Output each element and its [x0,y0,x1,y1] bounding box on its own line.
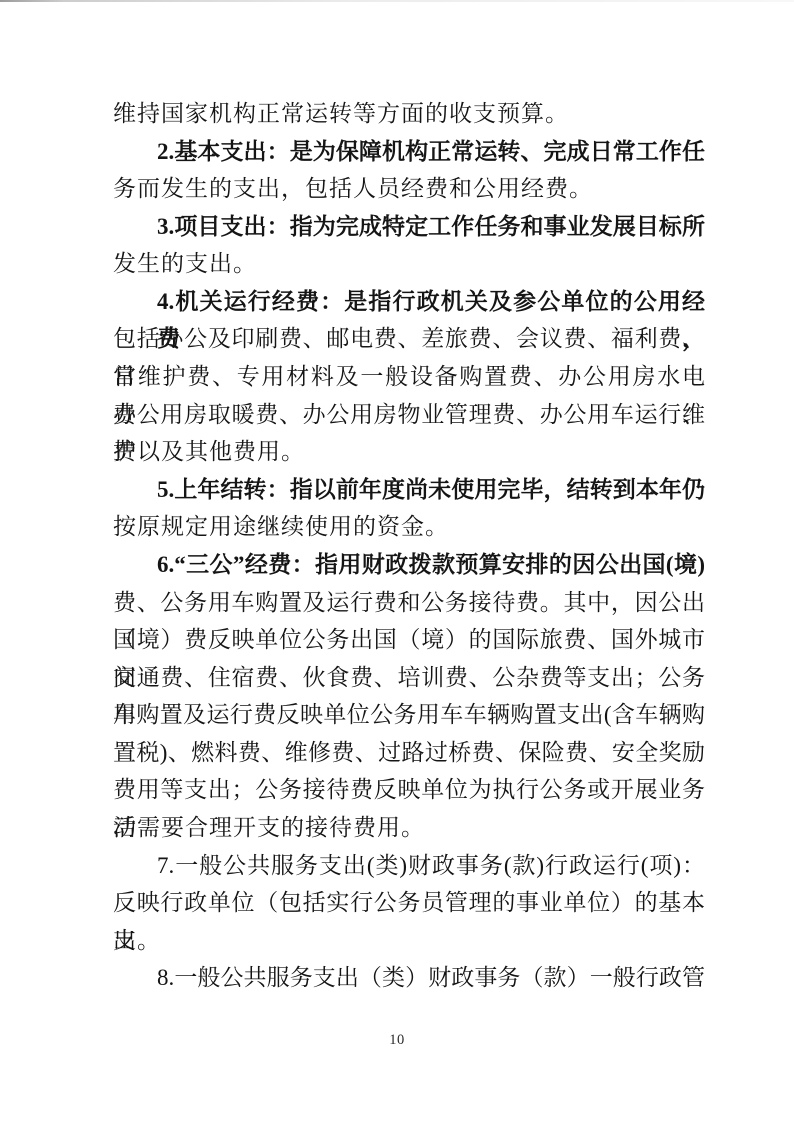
text-line: 费以及其他费用。 [113,433,705,471]
page-footer: 10 [0,1031,794,1049]
text-line: 务而发生的支出，包括人员经费和公用经费。 [113,170,705,208]
page-number: 10 [389,1032,405,1048]
text-line: 出。 [113,922,705,960]
text-line: （境）费反映单位公务出国（境）的国际旅费、国外城市间 [113,621,705,659]
text-line: 反映行政单位（包括实行公务员管理的事业单位）的基本支 [113,884,705,922]
text-line: 车购置及运行费反映单位公务用车车辆购置支出(含车辆购 [113,696,705,734]
text-line: 置税)、燃料费、维修费、过路过桥费、保险费、安全奖励 [113,734,705,772]
text-line: 包括办公及印刷费、邮电费、差旅费、会议费、福利费、日 [113,320,705,358]
text-line-term-project-expenditure: 3.项目支出：指为完成特定工作任务和事业发展目标所 [113,208,705,246]
text-line-term-general-admin: 8.一般公共服务支出（类）财政事务（款）一般行政管 [113,959,705,997]
text-line-term-admin-operation: 7.一般公共服务支出(类)财政事务(款)行政运行(项)： [113,847,705,885]
text-line: 按原规定用途继续使用的资金。 [113,508,705,546]
text-line: 费、公务用车购置及运行费和公务接待费。其中，因公出国 [113,584,705,622]
text-line: 费用等支出；公务接待费反映单位为执行公务或开展业务活 [113,771,705,809]
text-line: 交通费、住宿费、伙食费、培训费、公杂费等支出；公务用 [113,659,705,697]
text-line: 常维护费、专用材料及一般设备购置费、办公用房水电费、 [113,358,705,396]
text-line: 动需要合理开支的接待费用。 [113,809,705,847]
document-page: 维持国家机构正常运转等方面的收支预算。 2.基本支出：是为保障机构正常运转、完成… [0,0,794,1122]
text-line-term-three-public-funds: 6.“三公”经费：指用财政拨款预算安排的因公出国(境) [113,546,705,584]
text-line-term-agency-operating-funds: 4.机关运行经费：是指行政机关及参公单位的公用经费， [113,283,705,321]
scan-edge-artifact [0,0,794,2]
document-body: 维持国家机构正常运转等方面的收支预算。 2.基本支出：是为保障机构正常运转、完成… [113,95,705,997]
text-line: 办公用房取暖费、办公用房物业管理费、办公用车运行维护 [113,396,705,434]
text-line: 维持国家机构正常运转等方面的收支预算。 [113,95,705,133]
text-line-term-carryover-funds: 5.上年结转：指以前年度尚未使用完毕，结转到本年仍 [113,471,705,509]
text-line-term-basic-expenditure: 2.基本支出：是为保障机构正常运转、完成日常工作任 [113,133,705,171]
text-line: 发生的支出。 [113,245,705,283]
